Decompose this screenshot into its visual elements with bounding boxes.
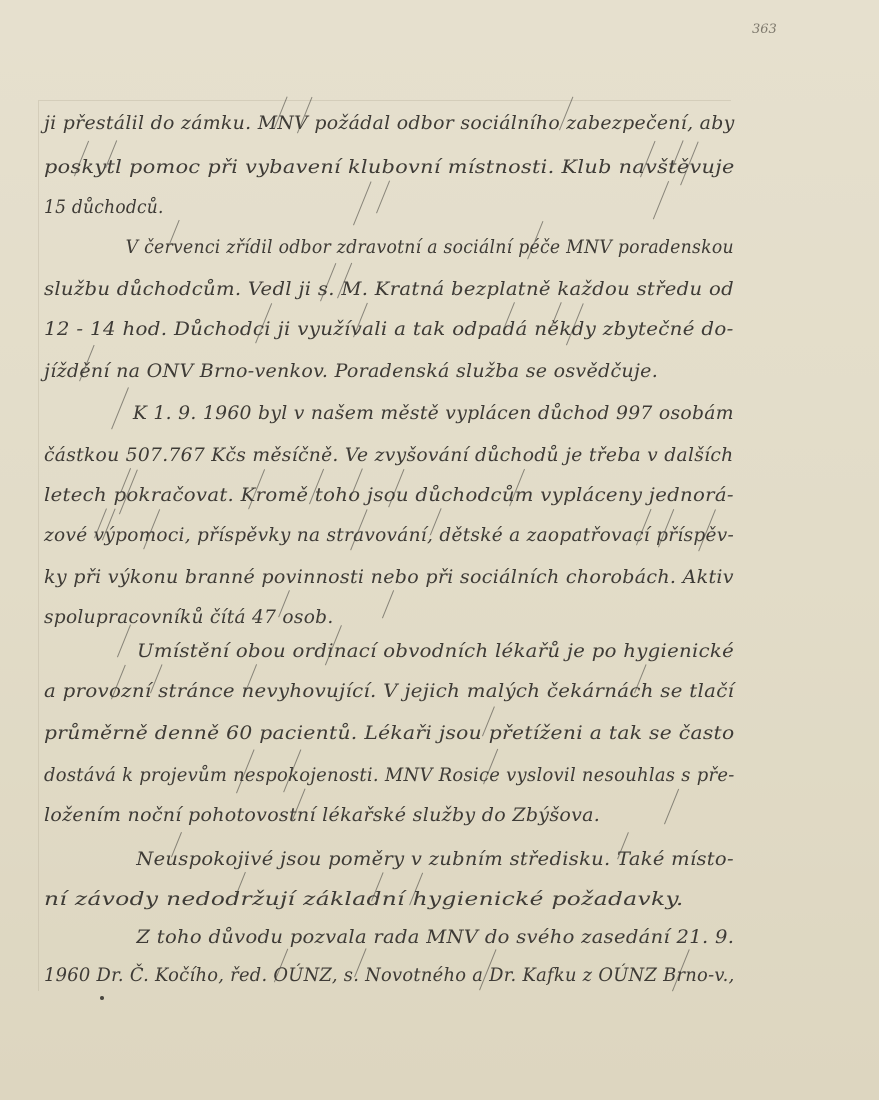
handwritten-line: 1960 Dr. Č. Kočího, řed. OÚNZ, s. Novotn… — [44, 964, 735, 986]
ink-dot — [100, 996, 104, 1000]
handwritten-line: 12 - 14 hod. Důchodci ji využívali a tak… — [44, 318, 734, 340]
handwritten-line: 15 důchodců. — [44, 196, 164, 218]
handwritten-line: K 1. 9. 1960 byl v našem městě vyplácen … — [44, 402, 734, 424]
handwritten-line: a provozní stránce nevyhovující. V jejic… — [44, 680, 734, 702]
handwritten-line: V červenci zřídil odbor zdravotní a soci… — [44, 236, 734, 258]
handwritten-line: Z toho důvodu pozvala rada MNV do svého … — [44, 926, 734, 948]
handwritten-line: částkou 507.767 Kčs měsíčně. Ve zvyšován… — [44, 444, 734, 466]
handwritten-line: ky při výkonu branné povinnosti nebo při… — [44, 566, 734, 588]
handwritten-line: Umístění obou ordinací obvodních lékařů … — [44, 640, 734, 662]
handwritten-line: ložením noční pohotovostní lékařské služ… — [44, 804, 600, 826]
handwritten-line: ní závody nedodržují základní hygienické… — [44, 888, 684, 910]
handwritten-line: průměrně denně 60 pacientů. Lékaři jsou … — [44, 722, 734, 744]
handwritten-line: jíždění na ONV Brno-venkov. Poradenská s… — [44, 360, 658, 382]
document-page: 363 ji přestálil do zámku. MNV požádal o… — [0, 0, 879, 1100]
handwritten-line: službu důchodcům. Vedl ji s. M. Kratná b… — [44, 278, 734, 300]
handwritten-line: spolupracovníků čítá 47 osob. — [44, 606, 334, 628]
handwritten-line: dostává k projevům nespokojenosti. MNV R… — [44, 764, 735, 786]
handwritten-line: poskytl pomoc při vybavení klubovní míst… — [44, 156, 735, 178]
page-number: 363 — [752, 22, 777, 37]
handwritten-line: ji přestálil do zámku. MNV požádal odbor… — [44, 112, 735, 134]
handwritten-line: Neuspokojivé jsou poměry v zubním středi… — [44, 848, 734, 870]
